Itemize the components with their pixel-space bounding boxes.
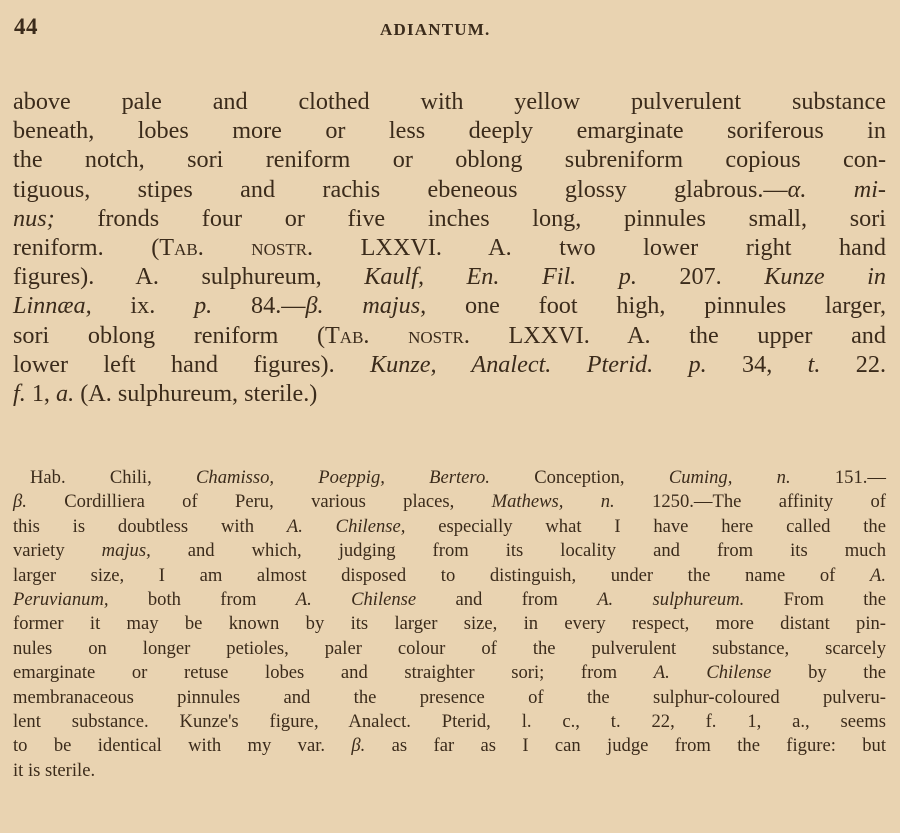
page-number: 44: [14, 14, 38, 40]
habitat-paragraph: Hab. Chili, Chamisso, Poeppig, Bertero. …: [13, 466, 886, 783]
habitat-line: β. Cordilliera of Peru, various places, …: [13, 490, 886, 514]
habitat-line: nules on longer petioles, paler colour o…: [13, 637, 886, 661]
habitat-line: larger size, I am almost disposed to dis…: [13, 564, 886, 588]
running-title: ADIANTUM.: [380, 20, 490, 40]
description-line: nus; fronds four or five inches long, pi…: [13, 204, 886, 233]
description-line: the notch, sori reniform or oblong subre…: [13, 145, 886, 174]
habitat-line: emarginate or retuse lobes and straighte…: [13, 661, 886, 685]
habitat-line: it is sterile.: [13, 759, 886, 783]
habitat-line: to be identical with my var. β. as far a…: [13, 734, 886, 758]
description-line: lower left hand figures). Kunze, Analect…: [13, 350, 886, 379]
description-line: above pale and clothed with yellow pulve…: [13, 87, 886, 116]
habitat-line: former it may be known by its larger siz…: [13, 612, 886, 636]
habitat-line: this is doubtless with A. Chilense, espe…: [13, 515, 886, 539]
description-line: Linnæa, ix. p. 84.—β. majus, one foot hi…: [13, 291, 886, 320]
book-page: 44 ADIANTUM. above pale and clothed with…: [0, 0, 900, 833]
description-line: beneath, lobes more or less deeply emarg…: [13, 116, 886, 145]
description-line: f. 1, a. (A. sulphureum, sterile.): [13, 379, 886, 408]
habitat-line: variety majus, and which, judging from i…: [13, 539, 886, 563]
description-line: tiguous, stipes and rachis ebeneous glos…: [13, 175, 886, 204]
description-line: sori oblong reniform (Tab. nostr. LXXVI.…: [13, 321, 886, 350]
habitat-line: lent substance. Kunze's figure, Analect.…: [13, 710, 886, 734]
species-description-paragraph: above pale and clothed with yellow pulve…: [13, 87, 886, 408]
habitat-line: membranaceous pinnules and the presence …: [13, 686, 886, 710]
description-line: reniform. (Tab. nostr. LXXVI. A. two low…: [13, 233, 886, 262]
habitat-line: Peruvianum, both from A. Chilense and fr…: [13, 588, 886, 612]
description-line: figures). A. sulphureum, Kaulf, En. Fil.…: [13, 262, 886, 291]
page-header: 44 ADIANTUM.: [0, 14, 900, 44]
habitat-line: Hab. Chili, Chamisso, Poeppig, Bertero. …: [13, 466, 886, 490]
